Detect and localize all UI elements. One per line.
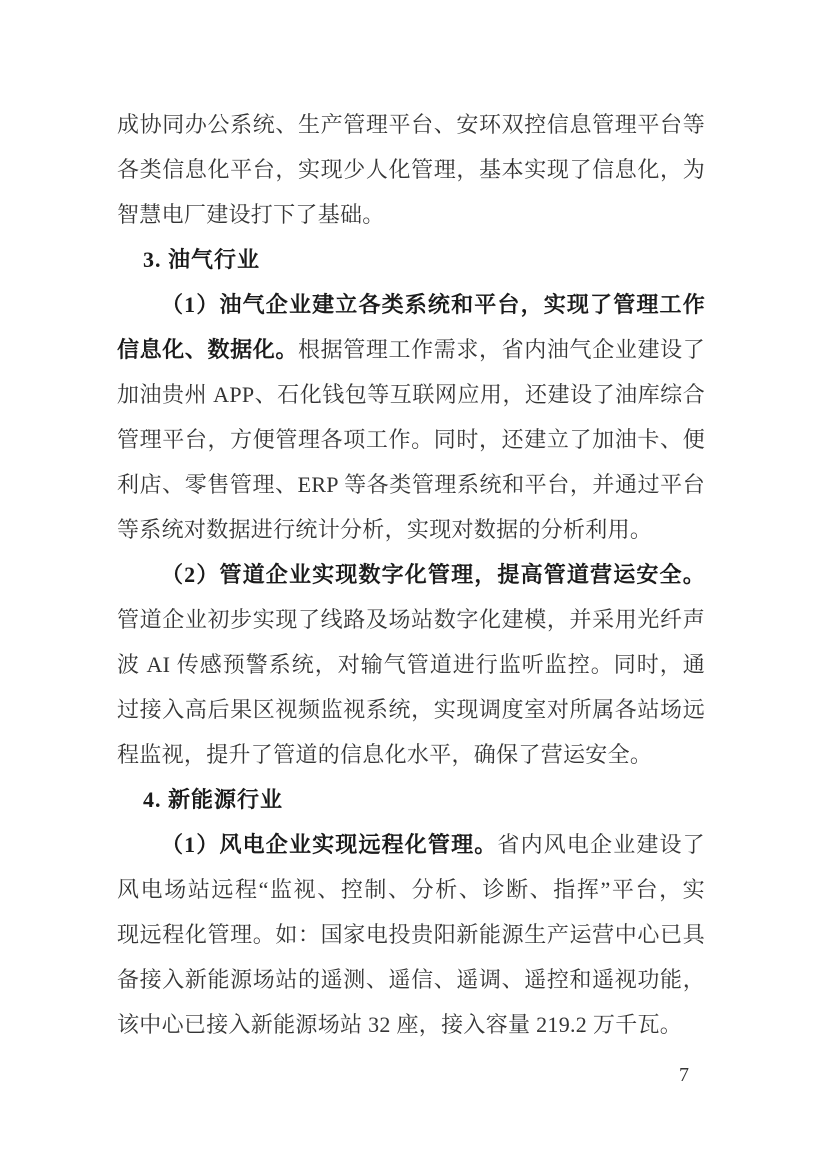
line-text: 成协同办公系统、生产管理平台、安环双控信息管理平台等	[117, 112, 705, 137]
line-text: 波 AI 传感预警系统，对输气管道进行监听监控。同时，通	[117, 652, 705, 677]
line-bold-text: （2）管道企业实现数字化管理，提高管道营运安全。	[161, 562, 705, 587]
paragraph-line: 该中心已接入新能源场站 32 座，接入容量 219.2 万千瓦。	[117, 1002, 705, 1047]
paragraph-line: 程监视，提升了管道的信息化水平，确保了营运安全。	[117, 732, 705, 777]
line-text: 利店、零售管理、ERP 等各类管理系统和平台，并通过平台	[117, 472, 705, 497]
paragraph-line: （2）管道企业实现数字化管理，提高管道营运安全。	[117, 552, 705, 597]
paragraph-line: 过接入高后果区视频监视系统，实现调度室对所属各站场远	[117, 687, 705, 732]
line-text: 该中心已接入新能源场站 32 座，接入容量 219.2 万千瓦。	[117, 1012, 682, 1037]
line-text: 省内风电企业建设了	[497, 832, 705, 857]
heading-new-energy-industry: 4. 新能源行业	[117, 777, 705, 822]
paragraph-line: 管理平台，方便管理各项工作。同时，还建立了加油卡、便	[117, 417, 705, 462]
paragraph-line: （1）风电企业实现远程化管理。省内风电企业建设了	[117, 822, 705, 867]
paragraph-line: 现远程化管理。如：国家电投贵阳新能源生产运营中心已具	[117, 912, 705, 957]
paragraph-line: 风电场站远程“监视、控制、分析、诊断、指挥”平台，实	[117, 867, 705, 912]
heading-oil-gas-industry: 3. 油气行业	[117, 237, 705, 282]
line-text: 加油贵州 APP、石化钱包等互联网应用，还建设了油库综合	[117, 382, 705, 407]
line-bold-text: （1）风电企业实现远程化管理。	[161, 832, 497, 857]
line-text: 过接入高后果区视频监视系统，实现调度室对所属各站场远	[117, 697, 705, 722]
paragraph-line: 等系统对数据进行统计分析，实现对数据的分析利用。	[117, 507, 705, 552]
paragraph-line: （1）油气企业建立各类系统和平台，实现了管理工作	[117, 282, 705, 327]
paragraph-line: 波 AI 传感预警系统，对输气管道进行监听监控。同时，通	[117, 642, 705, 687]
page-number: 7	[660, 1064, 708, 1087]
paragraph-line: 信息化、数据化。根据管理工作需求，省内油气企业建设了	[117, 327, 705, 372]
line-text: 管道企业初步实现了线路及场站数字化建模，并采用光纤声	[117, 607, 705, 632]
line-text: 备接入新能源场站的遥测、遥信、遥调、遥控和遥视功能，	[117, 967, 705, 992]
line-bold-text: 信息化、数据化。	[117, 337, 298, 362]
line-text: 各类信息化平台，实现少人化管理，基本实现了信息化，为	[117, 157, 705, 182]
line-text: 等系统对数据进行统计分析，实现对数据的分析利用。	[117, 517, 652, 542]
paragraph-line: 智慧电厂建设打下了基础。	[117, 192, 705, 237]
paragraph-line: 管道企业初步实现了线路及场站数字化建模，并采用光纤声	[117, 597, 705, 642]
line-text: 根据管理工作需求，省内油气企业建设了	[298, 337, 705, 362]
document-page: 成协同办公系统、生产管理平台、安环双控信息管理平台等 各类信息化平台，实现少人化…	[0, 0, 826, 1169]
line-text: 智慧电厂建设打下了基础。	[117, 202, 385, 227]
paragraph-line: 成协同办公系统、生产管理平台、安环双控信息管理平台等	[117, 102, 705, 147]
paragraph-line: 加油贵州 APP、石化钱包等互联网应用，还建设了油库综合	[117, 372, 705, 417]
line-text: 现远程化管理。如：国家电投贵阳新能源生产运营中心已具	[117, 922, 705, 947]
line-text: 管理平台，方便管理各项工作。同时，还建立了加油卡、便	[117, 427, 705, 452]
line-text: 风电场站远程“监视、控制、分析、诊断、指挥”平台，实	[117, 877, 705, 902]
paragraph-line: 各类信息化平台，实现少人化管理，基本实现了信息化，为	[117, 147, 705, 192]
line-bold-text: （1）油气企业建立各类系统和平台，实现了管理工作	[161, 292, 705, 317]
text-block: 成协同办公系统、生产管理平台、安环双控信息管理平台等 各类信息化平台，实现少人化…	[117, 102, 705, 1047]
heading-text: 4. 新能源行业	[143, 787, 283, 812]
heading-text: 3. 油气行业	[143, 247, 260, 272]
paragraph-line: 备接入新能源场站的遥测、遥信、遥调、遥控和遥视功能，	[117, 957, 705, 1002]
line-text: 程监视，提升了管道的信息化水平，确保了营运安全。	[117, 742, 652, 767]
paragraph-line: 利店、零售管理、ERP 等各类管理系统和平台，并通过平台	[117, 462, 705, 507]
